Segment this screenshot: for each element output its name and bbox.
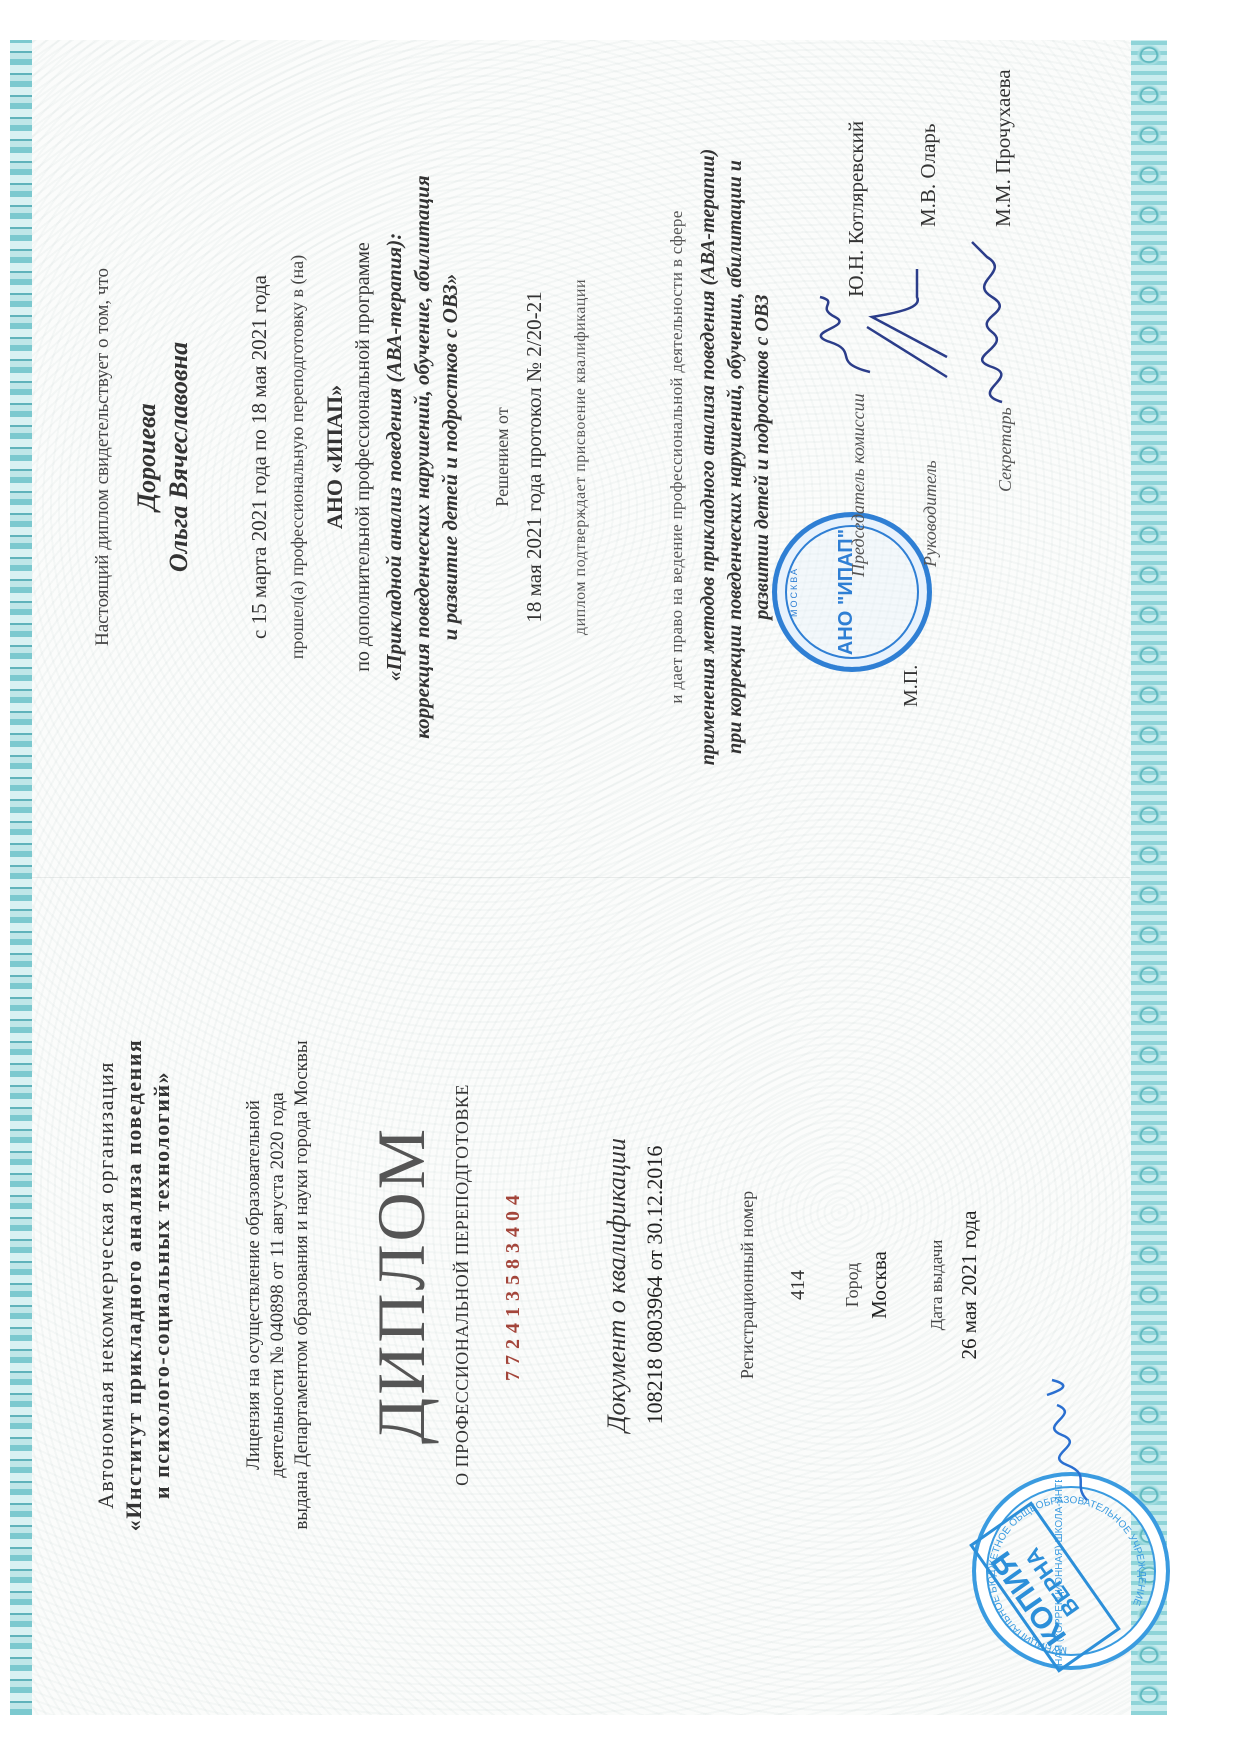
- program-line-2: коррекция поведенческих нарушений, обуче…: [408, 77, 436, 837]
- license-info: Лицензия на осуществление образовательно…: [242, 945, 314, 1625]
- ornamental-border-bottom: [1131, 40, 1167, 1715]
- sphere-line-1: применения методов прикладного анализа п…: [695, 77, 722, 837]
- signature-role: Секретарь: [995, 407, 1016, 492]
- recipient-surname: Дороиева: [132, 77, 162, 837]
- sphere-line-2: при коррекции поведенческих нарушений, о…: [722, 77, 749, 837]
- diploma-title: ДИПЛОМ: [362, 945, 441, 1625]
- qualification-confirmation: диплом подтверждает присвоение квалифика…: [572, 77, 590, 837]
- registration-label: Регистрационный номер: [737, 945, 758, 1625]
- decision-label: Решением от: [492, 77, 513, 837]
- left-page: Автономная некоммерческая организация «И…: [32, 878, 1132, 1715]
- signature-name: М.В. Оларь: [916, 124, 941, 227]
- intro-text: Настоящий диплом свидетельствует о том, …: [92, 77, 114, 837]
- signature-row-secretary: Секретарь М.М. Прочухаева: [987, 40, 1027, 877]
- copy-signature: [1032, 1375, 1102, 1505]
- organization-name: Автономная некоммерческая организация «И…: [92, 945, 176, 1625]
- signature-row-chair: Председатель комиссии Ю.Н. Котляревский: [840, 40, 880, 877]
- signature-role: Председатель комиссии: [848, 393, 869, 577]
- diploma-sheet: Автономная некоммерческая организация «И…: [10, 40, 1195, 1715]
- recipient-name: Ольга Вячеславовна: [164, 77, 194, 837]
- rights-text: и дает право на ведение профессиональной…: [667, 77, 687, 837]
- qualification-doc-label: Документ о квалификации: [602, 945, 632, 1625]
- qualification-doc-number: 108218 0803964 от 30.12.2016: [642, 945, 668, 1625]
- sphere-line-3: развитии детей и подростков с ОВЗ: [749, 77, 776, 837]
- institution-name: АНО «ИПАП»: [322, 77, 348, 837]
- license-line-2: деятельности № 040898 от 11 августа 2020…: [266, 945, 290, 1625]
- diploma-scan: Автономная некоммерческая организация «И…: [10, 40, 1195, 1715]
- issue-date-label: Дата выдачи: [927, 945, 947, 1625]
- registration-number: 414: [787, 945, 810, 1625]
- signature-row-head: Руководитель М.В. Оларь: [912, 40, 952, 877]
- org-line-3: и психолого-социальных технологий»: [148, 945, 176, 1625]
- signature-scribble: [862, 267, 952, 387]
- signature-scribble: [962, 237, 1032, 407]
- program-name: «Прикладной анализ поведения (АВА-терапи…: [380, 77, 464, 837]
- training-period: с 15 марта 2021 года по 18 мая 2021 года: [247, 77, 272, 837]
- signature-name: М.М. Прочухаева: [991, 69, 1016, 227]
- program-line-1: «Прикладной анализ поведения (АВА-терапи…: [380, 77, 408, 837]
- serial-number: 772413583404: [502, 945, 525, 1625]
- decision-protocol: 18 мая 2021 года протокол № 2/20-21: [522, 77, 547, 837]
- professional-sphere: применения методов прикладного анализа п…: [695, 77, 776, 837]
- org-line-2: «Институт прикладного анализа поведения: [120, 945, 148, 1625]
- license-line-3: выдана Департаментом образования и науки…: [290, 945, 314, 1625]
- license-line-1: Лицензия на осуществление образовательно…: [242, 945, 266, 1625]
- seal-ring-text: МОСКВА: [789, 517, 799, 667]
- program-intro: по дополнительной профессиональной прогр…: [352, 77, 375, 837]
- city-label: Город: [842, 945, 863, 1625]
- signature-role: Руководитель: [920, 460, 941, 567]
- city-value: Москва: [867, 945, 892, 1625]
- diploma-subtitle: О ПРОФЕССИОНАЛЬНОЙ ПЕРЕПОДГОТОВКЕ: [452, 945, 473, 1625]
- program-line-3: и развитие детей и подростков с ОВЗ»: [436, 77, 464, 837]
- right-page: Настоящий диплом свидетельствует о том, …: [32, 40, 1132, 877]
- ornamental-border-top: [10, 40, 32, 1715]
- org-line-1: Автономная некоммерческая организация: [92, 945, 120, 1625]
- page-margin: [1167, 40, 1195, 1715]
- passed-text: прошел(а) профессиональную переподготовк…: [287, 77, 308, 837]
